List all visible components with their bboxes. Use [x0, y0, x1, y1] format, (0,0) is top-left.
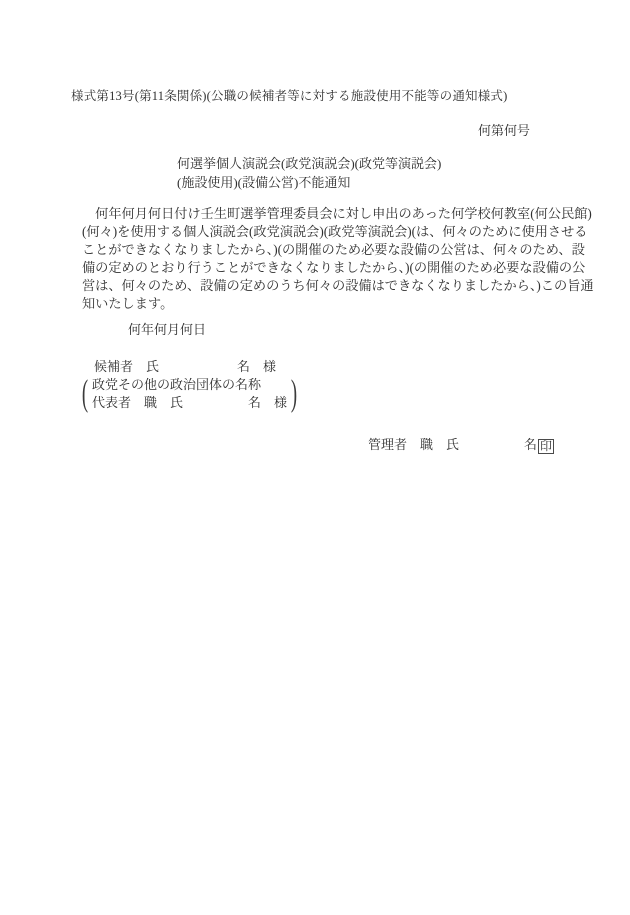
body-line: 知いたします。 — [82, 295, 561, 313]
candidate-name-line: 候補者 氏 名 様 — [94, 358, 301, 376]
seal-mark-icon: 印 — [538, 439, 554, 454]
party-representative-group: ( 政党その他の政治団体の名称 代表者 職 氏 名 様 ) — [78, 376, 301, 412]
title-line-1: 何選挙個人演説会(政党演説会)(政党等演説会) — [177, 155, 441, 174]
document-number: 何第何号 — [478, 120, 530, 139]
representative-name-line: 代表者 職 氏 名 様 — [92, 394, 287, 412]
document-page: 様式第13号(第11条関係)(公職の候補者等に対する施設使用不能等の通知様式) … — [0, 0, 630, 915]
body-line: 営は、何々のため、設備の定めのうち何々の設備はできなくなりましたから、)この旨通 — [82, 277, 561, 295]
right-brace: ) — [290, 375, 298, 414]
left-brace: ( — [81, 375, 89, 414]
form-style-label: 様式第13号(第11条関係)(公職の候補者等に対する施設使用不能等の通知様式) — [71, 86, 508, 104]
body-line: 何年何月何日付け壬生町選挙管理委員会に対し申出のあった何学校何教室(何公民館) — [82, 205, 561, 223]
body-paragraph: 何年何月何日付け壬生町選挙管理委員会に対し申出のあった何学校何教室(何公民館) … — [82, 205, 561, 313]
title-line-2: (施設使用)(設備公営)不能通知 — [177, 174, 441, 193]
group-content: 政党その他の政治団体の名称 代表者 職 氏 名 様 — [92, 376, 287, 412]
date-line: 何年何月何日 — [128, 319, 206, 338]
document-title: 何選挙個人演説会(政党演説会)(政党等演説会) (施設使用)(設備公営)不能通知 — [177, 155, 441, 192]
manager-label: 管理者 職 氏 名 — [368, 437, 537, 452]
recipient-block: 候補者 氏 名 様 ( 政党その他の政治団体の名称 代表者 職 氏 名 様 ) — [78, 358, 301, 412]
body-line: 備の定めのとおり行うことができなくなりましたから、)(の開催のため必要な設備の公 — [82, 259, 561, 277]
party-name-line: 政党その他の政治団体の名称 — [92, 376, 287, 394]
body-line: (何々)を使用する個人演説会(政党演説会)(政党等演説会)(は、何々のために使用… — [82, 223, 561, 241]
body-line: ことができなくなりましたから、)(の開催のため必要な設備の公営は、何々のため、設 — [82, 241, 561, 259]
manager-signature-line: 管理者 職 氏 名印 — [368, 434, 554, 454]
